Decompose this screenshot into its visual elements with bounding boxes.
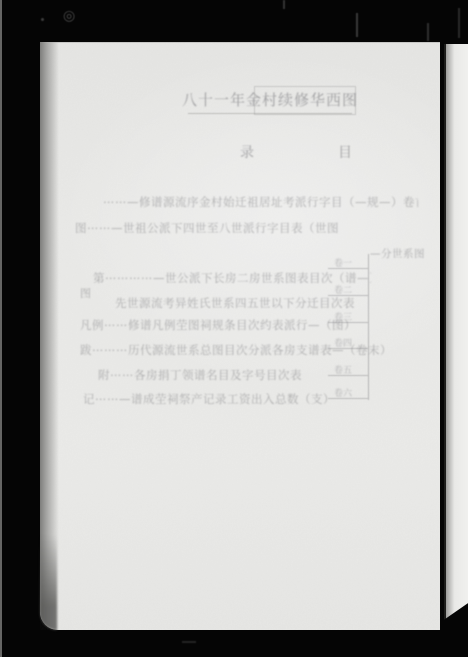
page-corner-shadow <box>40 535 57 630</box>
volume-label: 卷六 <box>334 386 352 399</box>
contents-heading: 录 目 <box>240 142 352 160</box>
toc-line: 记⋯⋯—谱成茔祠祭产记录工资出入总数（支） <box>83 392 351 406</box>
adjacent-page-edge <box>444 44 468 622</box>
toc-line: 跋⋯⋯⋯历代源流世系总图目次分派各房支谱表—（卷末） <box>80 343 414 357</box>
volume-label: 卷一 <box>334 256 352 269</box>
heading-char-right: 目 <box>338 142 352 160</box>
volume-label: 卷五 <box>334 363 352 376</box>
book-scan: ◎ 八十一年金村续修华西图 录 目 ⋯⋯—修谱源流序金村始迁祖居址考派行字目（—… <box>0 0 468 657</box>
volume-label: 卷二 <box>334 283 352 296</box>
bracket-spine <box>368 254 369 400</box>
volume-label: 卷三 <box>334 310 352 323</box>
scan-artifact-line <box>427 23 429 41</box>
scan-artifact-line <box>356 13 358 37</box>
toc-line: 图⋯⋯—世祖公派下四世至八世派行字目表（世图—） <box>75 221 338 235</box>
scanner-edge-artifact <box>0 0 2 657</box>
toc-line: ⋯⋯—修谱源流序金村始迁祖居址考派行字目（—规—）卷首告 <box>103 195 418 209</box>
toc-line: 凡例⋯⋯修谱凡例茔图祠规条目次约表派行—（图） <box>80 318 374 332</box>
toc-line: 先世源流考异姓氏世系四五世以下分迁目次表 <box>115 296 358 310</box>
scan-speck <box>41 18 44 21</box>
corner-annotation-mark: ◎ <box>63 9 78 24</box>
scan-artifact-line <box>283 0 285 9</box>
heading-char-left: 录 <box>240 142 254 160</box>
branch-label: —分世系图 <box>370 246 425 261</box>
volume-label: 卷四 <box>334 336 352 349</box>
margin-character: 图 <box>80 285 91 301</box>
title-stamp-box <box>254 86 356 115</box>
toc-line: 第⋯⋯⋯⋯—世公派下长房二房世系图表目次（谱—） <box>93 271 371 285</box>
document-page: 八十一年金村续修华西图 录 目 ⋯⋯—修谱源流序金村始迁祖居址考派行字目（—规—… <box>40 42 440 630</box>
scan-artifact-line <box>458 8 460 38</box>
scan-artifact-dash <box>182 641 196 643</box>
toc-line: 附⋯⋯各房捐丁领谱名目及字号目次表 <box>98 368 314 382</box>
paper-texture <box>40 42 440 630</box>
